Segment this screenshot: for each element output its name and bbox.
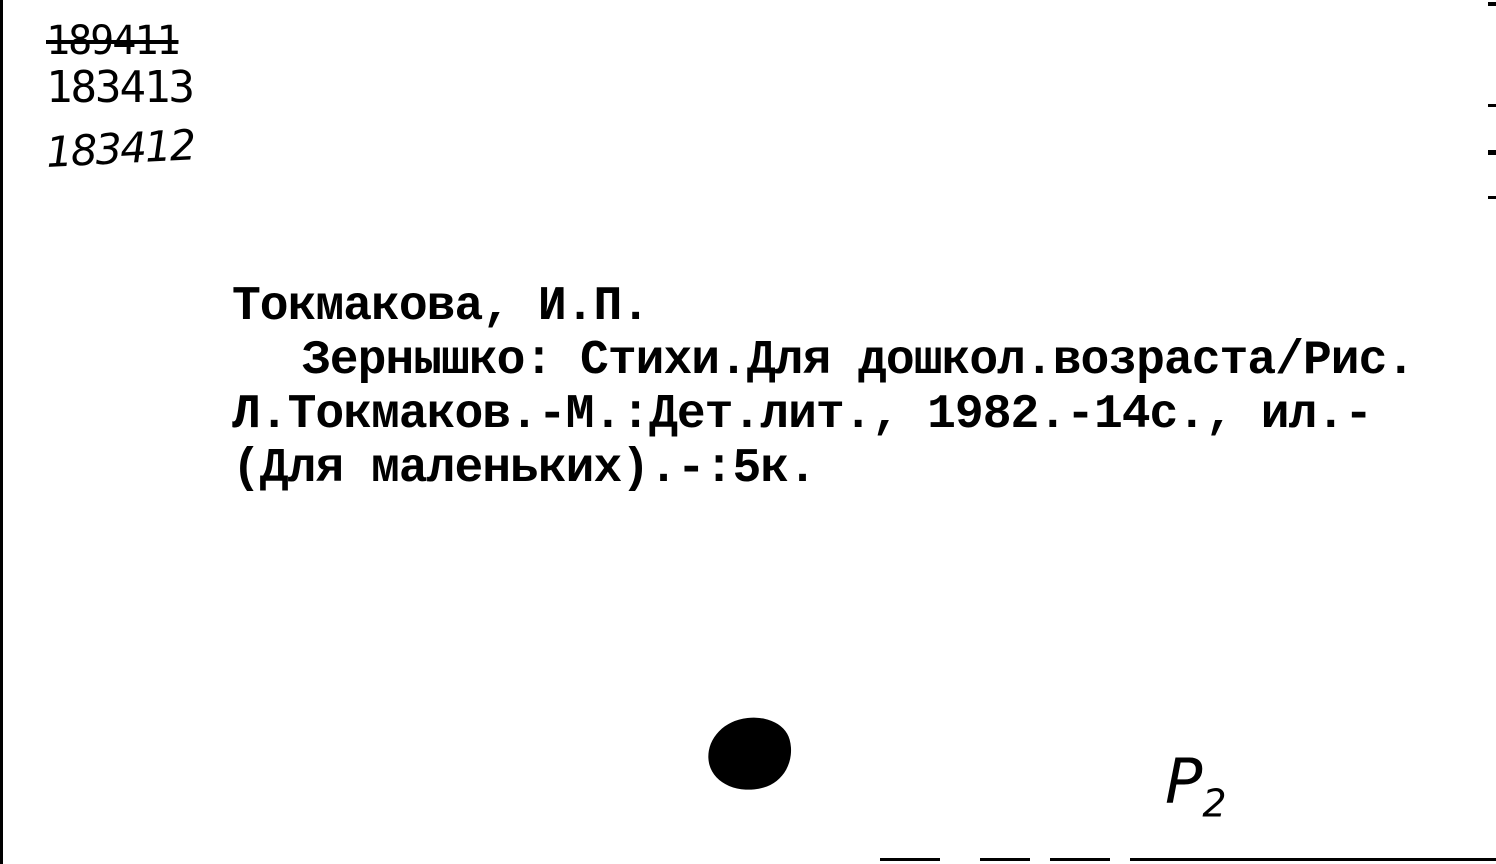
card-left-edge	[0, 0, 3, 864]
edge-mark	[1488, 150, 1496, 155]
title-line: Зернышко: Стихи.Для дошкол.возраста/Рис.	[232, 334, 1414, 388]
edge-mark	[1488, 196, 1496, 199]
edge-mark	[980, 858, 1030, 861]
inventory-number-struck: 189411	[46, 18, 179, 64]
edge-mark	[880, 858, 940, 861]
shelf-mark: Р2	[1165, 745, 1227, 825]
edge-mark	[1050, 858, 1110, 861]
shelf-mark-letter: Р	[1165, 745, 1202, 818]
punch-hole	[700, 708, 800, 799]
catalog-card: 189411 183413 183412 Токмакова, И.П. Зер…	[0, 0, 1496, 864]
series-price-line: (Для маленьких).-:5к.	[232, 442, 1414, 496]
author-heading: Токмакова, И.П.	[232, 280, 1414, 334]
bibliographic-entry: Токмакова, И.П. Зернышко: Стихи.Для дошк…	[232, 280, 1414, 496]
edge-mark	[1488, 104, 1496, 107]
edge-mark	[1130, 858, 1496, 861]
inventory-number: 183413	[46, 62, 193, 113]
inventory-number-handwritten: 183412	[45, 120, 196, 177]
publication-line: Л.Токмаков.-М.:Дет.лит., 1982.-14с., ил.…	[232, 388, 1414, 442]
edge-mark	[1488, 2, 1496, 6]
shelf-mark-subscript: 2	[1202, 781, 1226, 825]
